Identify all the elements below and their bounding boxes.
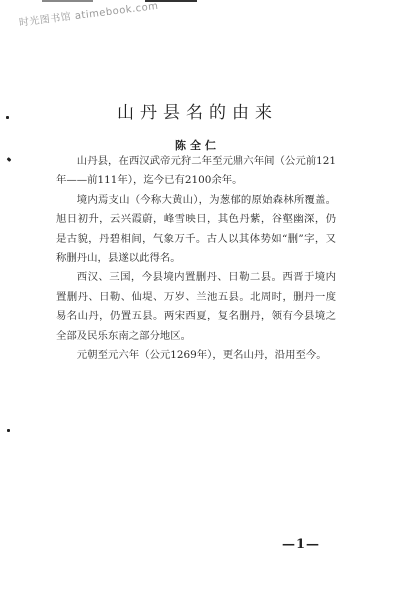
document-body: 山丹县，在西汉武帝元狩二年至元鼎六年间（公元前121年——前111年），迄今已有… — [56, 152, 336, 365]
document-title: 山丹县名的由来 — [0, 98, 395, 123]
paragraph: 元朝至元六年（公元1269年），更名山丹，沿用至今。 — [56, 346, 336, 365]
paragraph: 境内焉支山（今称大黄山），为葱郁的原始森林所覆盖。旭日初升，云兴霞蔚，峰雪映日，… — [56, 191, 336, 269]
scan-edge-mark-left — [42, 0, 93, 2]
paragraph: 山丹县，在西汉武帝元狩二年至元鼎六年间（公元前121年——前111年），迄今已有… — [56, 152, 336, 191]
page-number: —1— — [282, 537, 320, 552]
watermark: 时光图书馆 atimebook.com — [18, 0, 159, 29]
margin-mark — [7, 157, 12, 162]
document-author: 陈全仁 — [0, 137, 395, 153]
paragraph: 西汉、三国，今县境内置删丹、日勒二县。西晋于境内置删丹、日勒、仙堤、万岁、兰池五… — [56, 268, 336, 346]
margin-mark — [7, 429, 10, 432]
